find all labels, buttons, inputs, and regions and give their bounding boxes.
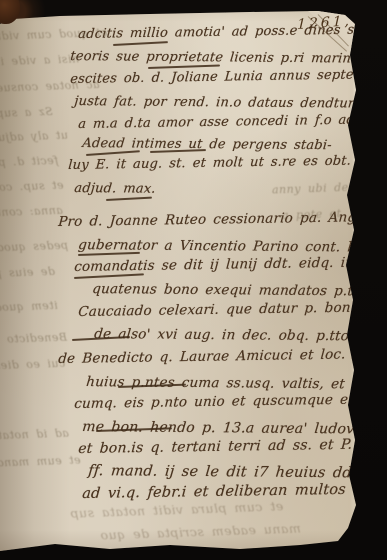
bleedthrough-line: item quod [0, 299, 58, 314]
bleedthrough-line: fecit d. p. [0, 154, 58, 169]
bleedthrough-line: de eius p. [0, 265, 55, 280]
bleedthrough-line: pedes quod [0, 239, 68, 255]
handwritten-text-block: adcitis millio amotia' ad poss.e dines s… [58, 27, 363, 508]
bleedthrough-line: ut aly adjud [0, 129, 68, 145]
manuscript-line: de Benedicto q. Laurae Amicuci et loc. A… [57, 347, 364, 374]
manuscript-line: luy E. it aug. st. et molt ut s.re es ob… [67, 154, 364, 181]
manuscript-line: et bon.is q. tertani terri ad ss. et P. … [77, 437, 364, 464]
manuscript-line: comandatis se dit ij lunij ddt. eidq. in… [73, 254, 364, 281]
manuscript-line: Caucaiado celexari. que datur p. bonbas [77, 299, 364, 326]
photo-background: 1261, adcitis millio amotia' ad poss.e d… [0, 0, 387, 560]
manuscript-line: cumq. eis p.nto unio et quscumque et als… [73, 392, 364, 419]
manuscript-page: 1261, adcitis millio amotia' ad poss.e d… [0, 0, 387, 560]
bleedthrough-line: cui eo dies [0, 357, 65, 372]
bleedthrough-line: anna: cont. [0, 204, 63, 219]
bleedthrough-line: Sz a sup [0, 105, 53, 120]
bleedthrough-line: a pote et [282, 207, 342, 222]
manuscript-line: escites ob. d. Joliane Lunia annus septe [69, 67, 364, 94]
manuscript-line: a m.a d.ta amor asse concedi in f.o adju… [77, 112, 364, 139]
